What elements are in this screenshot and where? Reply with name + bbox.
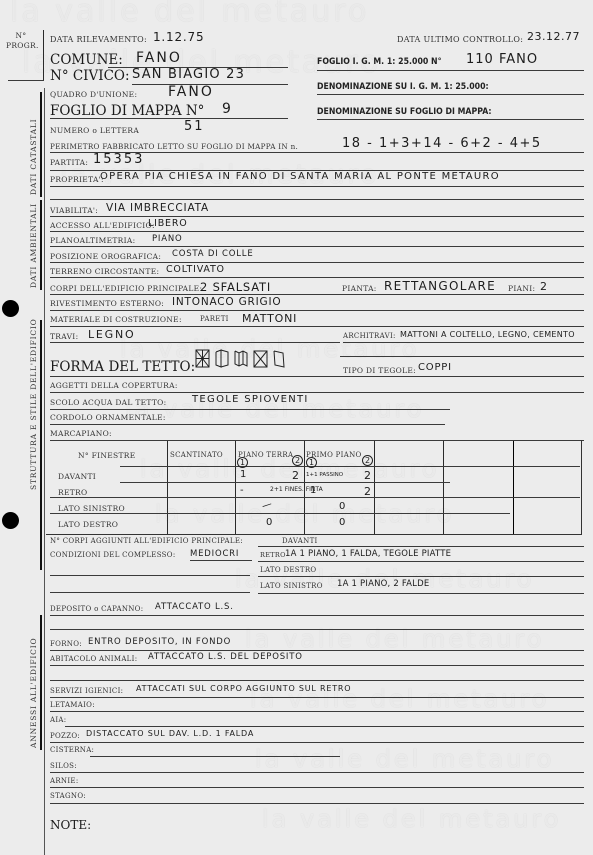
corpi-davanti-underline [258, 546, 584, 547]
proprieta-underline [50, 186, 584, 187]
corpi-label: CORPI DELL'EDIFICIO PRINCIPALE: [50, 284, 202, 293]
condizioni-label: CONDIZIONI DEL COMPLESSO: [50, 551, 175, 559]
abitacolo-underline [50, 665, 584, 666]
table-col-divider [443, 441, 444, 534]
foglio-igm-value: 110 FANO [466, 52, 538, 67]
civico-label: N° CIVICO: [50, 68, 130, 84]
corpi-davanti-label: DAVANTI [282, 537, 318, 545]
row-label-lato-sinistro: LATO SINISTRO [58, 504, 125, 513]
architravi-label: ARCHITRAVI: [343, 332, 396, 340]
denominazione-igm-label: DENOMINAZIONE SU I. G. M. 1: 25.000: [317, 82, 489, 92]
cell-davanti-pp1: 1+1 PASSINO [306, 472, 343, 478]
corpi-lato-sinistro-underline [258, 593, 584, 594]
cell-davanti-pt1: 1 [240, 469, 246, 480]
abitacolo-label: ABITACOLO ANIMALI: [50, 655, 137, 663]
denominazione-mappa-underline [317, 119, 584, 120]
cell-retro-pp2: 2 [364, 485, 371, 498]
rivestimento-value: INTONACO GRIGIO [172, 296, 281, 308]
planoaltimetria-underline [50, 246, 584, 247]
cisterna-label: CISTERNA: [50, 746, 94, 754]
table-header-finestre: N° FINESTRE [78, 451, 135, 460]
architravi-underline [343, 342, 584, 343]
cordolo-label: CORDOLO ORNAMENTALE: [50, 413, 166, 422]
perimetro-value: 18 - 1+3+14 - 6+2 - 4+5 [342, 136, 542, 151]
abitacolo-value: ATTACCATO L.S. DEL DEPOSITO [148, 652, 303, 662]
section-label-catastali: DATI CATASTALI [29, 119, 38, 195]
aggetti-underline [50, 392, 584, 393]
progr-box-bottom [8, 80, 44, 81]
punch-hole [2, 300, 19, 317]
corpi-lato-destro-underline [258, 576, 584, 577]
forno-value: ENTRO DEPOSITO, IN FONDO [88, 637, 231, 647]
sub-header-pt-2: 2 [292, 455, 303, 466]
architravi-value: MATTONI A COLTELLO, LEGNO, CEMENTO [400, 330, 575, 339]
accesso-value: LIBERO [148, 218, 188, 229]
forma-tetto-label: FORMA DEL TETTO: [50, 359, 195, 375]
servizi-value: ATTACCATI SUL CORPO AGGIUNTO SUL RETRO [136, 684, 351, 693]
servizi-underline [50, 697, 584, 698]
table-row-divider [120, 482, 450, 483]
marcapiano-label: MARCAPIANO: [50, 429, 112, 438]
corpi-aggiunti-label: N° CORPI AGGIUNTI ALL'EDIFICIO PRINCIPAL… [50, 537, 243, 545]
comune-label: COMUNE: [50, 52, 123, 68]
pianta-value: RETTANGOLARE [384, 279, 496, 293]
pareti-label: PARETI [200, 315, 229, 323]
partita-value: 15353 [93, 152, 144, 167]
section-bracket-catastali [40, 92, 42, 197]
cell-destro-pt: 0 [266, 517, 272, 528]
architravi-underline-2 [340, 356, 584, 357]
corpi-underline [50, 294, 584, 295]
sub-header-pp-2: 2 [362, 455, 373, 466]
cell-retro-pp1: 1 [310, 485, 316, 496]
table-col-divider [235, 441, 236, 534]
travi-value: LEGNO [88, 328, 136, 341]
row-label-retro: RETRO [58, 488, 87, 497]
punch-hole [2, 512, 19, 529]
roof-capanna-icon[interactable] [216, 350, 228, 367]
rivestimento-underline [50, 310, 584, 311]
condizioni-underline-2 [50, 575, 250, 576]
table-col-divider [513, 441, 514, 534]
table-header-scantinato: SCANTINATO [170, 451, 223, 459]
piani-label: PIANI: [508, 284, 535, 293]
posizione-underline [50, 262, 584, 263]
partita-label: PARTITA: [50, 158, 88, 167]
corpi-lato-sinistro-value: 1A 1 PIANO, 2 FALDE [337, 579, 429, 589]
roof-sfalsato-icon[interactable] [235, 351, 247, 366]
deposito-value: ATTACCATO L.S. [155, 602, 234, 612]
quadro-unione-label: QUADRO D'UNIONE: [50, 90, 137, 99]
corpi-retro-label: RETRO [260, 551, 286, 559]
roof-crociera-icon[interactable] [254, 351, 267, 367]
data-ultimo-controllo-value: 23.12.77 [527, 30, 580, 43]
pozzo-underline [50, 742, 584, 743]
tipo-tegole-label: TIPO DI TEGOLE: [343, 366, 416, 375]
section-bracket-ambientali [40, 200, 42, 290]
silos-label: SILOS: [50, 762, 77, 770]
terreno-label: TERRENO CIRCOSTANTE: [50, 267, 159, 276]
section-label-ambientali: DATI AMBIENTALI [29, 203, 38, 288]
terreno-underline [50, 277, 584, 278]
civico-value: SAN BIAGIO 23 [132, 67, 245, 82]
condizioni-underline [190, 560, 252, 561]
perimetro-label: PERIMETRO FABBRICATO LETTO SU FOGLIO DI … [50, 142, 298, 151]
pozzo-value: DISTACCATO SUL DAV. L.D. 1 FALDA [86, 729, 254, 738]
quadro-unione-value: FANO [168, 84, 214, 100]
section-label-struttura: STRUTTURA E STILE DELL'EDIFICIO [29, 318, 38, 490]
travi-underline [50, 342, 340, 343]
progr-box-border [43, 30, 44, 80]
aia-label: AIA: [50, 716, 66, 724]
arnie-label: ARNIE: [50, 777, 78, 785]
corpi-lato-destro-label: LATO DESTRO [260, 566, 316, 574]
left-margin-rule [44, 88, 45, 855]
foglio-mappa-value: 9 [222, 101, 233, 117]
corpi-value: 2 SFALSATI [200, 280, 271, 294]
pozzo-label: POZZO: [50, 732, 80, 740]
forno-underline [50, 650, 584, 651]
foglio-igm-underline [317, 70, 584, 71]
deposito-underline-2 [50, 629, 584, 630]
table-col-divider [167, 441, 168, 534]
watermark: la valle del metauro [10, 0, 369, 29]
pareti-value: MATTONI [242, 312, 297, 325]
cell-destro-pp: 0 [339, 517, 345, 528]
numero-lettera-value: 51 [184, 119, 205, 134]
forno-label: FORNO: [50, 640, 82, 648]
materiale-underline [50, 326, 584, 327]
scolo-label: SCOLO ACQUA DAL TETTO: [50, 398, 166, 407]
cordolo-underline [50, 424, 445, 425]
data-rilevamento-value: 1.12.75 [153, 30, 204, 44]
piani-value: 2 [540, 280, 548, 293]
sub-header-pt-1: 1 [237, 457, 248, 468]
viabilita-value: VIA IMBRECCIATA [106, 202, 209, 214]
stagno-label: STAGNO: [50, 792, 86, 800]
table-row-divider [50, 513, 510, 514]
posizione-value: COSTA DI COLLE [172, 249, 254, 259]
rivestimento-label: RIVESTIMENTO ESTERNO: [50, 299, 164, 308]
row-label-lato-destro: LATO DESTRO [58, 520, 118, 529]
condizioni-underline-3 [50, 592, 250, 593]
aia-underline [65, 726, 584, 727]
deposito-underline [50, 615, 584, 616]
watermark: la valle del metauro [262, 805, 561, 833]
table-col-divider [374, 441, 375, 534]
data-ultimo-controllo-label: DATA ULTIMO CONTROLLO: [397, 35, 523, 44]
section-label-annessi: ANNESSI ALL'EDIFICIO [29, 638, 38, 748]
note-label: NOTE: [50, 818, 91, 832]
proprieta-value: OPERA PIA CHIESA IN FANO DI SANTA MARIA … [100, 171, 500, 182]
row-label-davanti: DAVANTI [58, 472, 96, 481]
deposito-label: DEPOSITO o CAPANNO: [50, 605, 143, 613]
travi-label: TRAVI: [50, 332, 78, 341]
planoaltimetria-label: PLANOALTIMETRIA: [50, 236, 135, 245]
cell-retro-pt1: - [240, 485, 244, 496]
forma-tetto-underline [50, 376, 584, 377]
stagno-underline [50, 803, 584, 804]
section-bracket-annessi [40, 615, 42, 750]
accesso-underline [50, 231, 584, 232]
cell-davanti-pp2: 2 [364, 469, 371, 482]
cell-davanti-pt2: 2 [292, 469, 299, 482]
table-row-divider [120, 466, 580, 467]
corpi-retro-underline [258, 561, 584, 562]
materiale-label: MATERIALE DI COSTRUZIONE: [50, 315, 182, 324]
corpi-lato-sinistro-label: LATO SINISTRO [260, 582, 323, 590]
planoaltimetria-value: PIANO [152, 234, 183, 244]
roof-padiglione-icon[interactable] [196, 350, 209, 367]
foglio-igm-label: FOGLIO I. G. M. 1: 25.000 N° [317, 57, 442, 67]
numero-lettera-label: NUMERO o LETTERA [50, 126, 139, 135]
cell-sinistro-pp: 0 [339, 501, 345, 512]
aggetti-label: AGGETTI DELLA COPERTURA: [50, 381, 178, 390]
denominazione-mappa-label: DENOMINAZIONE SU FOGLIO DI MAPPA: [317, 107, 492, 117]
silos-underline [50, 772, 584, 773]
pianta-label: PIANTA: [342, 284, 377, 293]
progr-label: N° PROGR. [6, 31, 36, 51]
abitacolo-underline-2 [50, 680, 584, 681]
proprieta-label: PROPRIETA': [50, 175, 104, 184]
cisterna-underline [90, 756, 340, 757]
terreno-value: COLTIVATO [166, 264, 225, 275]
foglio-mappa-underline [50, 118, 288, 119]
catastali-bottom-line [50, 199, 584, 200]
viabilita-label: VIABILITA': [50, 206, 98, 215]
comune-value: FANO [136, 50, 182, 66]
scolo-value: TEGOLE SPIOVENTI [192, 394, 309, 405]
condizioni-value: MEDIOCRI [190, 549, 239, 559]
foglio-mappa-label: FOGLIO DI MAPPA N° [50, 103, 204, 119]
letamaio-label: LETAMAIO: [50, 701, 95, 709]
accesso-label: ACCESSO ALL'EDIFICIO: [50, 221, 155, 230]
sub-header-pp-1: 1 [306, 457, 317, 468]
denominazione-igm-underline [317, 94, 584, 95]
data-rilevamento-label: DATA RILEVAMENTO: [50, 35, 147, 44]
scolo-underline [50, 409, 450, 410]
arnie-underline [50, 787, 584, 788]
tipo-tegole-value: COPPI [418, 362, 452, 373]
viabilita-underline [50, 216, 584, 217]
posizione-label: POSIZIONE OROGRAFICA: [50, 252, 161, 261]
corpi-retro-value: 1A 1 PIANO, 1 FALDA, TEGOLE PIATTE [285, 549, 451, 559]
servizi-label: SERVIZI IGIENICI: [50, 687, 123, 695]
section-bracket-struttura [40, 320, 42, 570]
roof-falda-icon[interactable] [274, 351, 284, 367]
roof-shapes [195, 348, 305, 368]
table-row-divider [50, 497, 580, 498]
letamaio-underline [50, 711, 584, 712]
watermark: la valle del metauro [255, 745, 554, 773]
